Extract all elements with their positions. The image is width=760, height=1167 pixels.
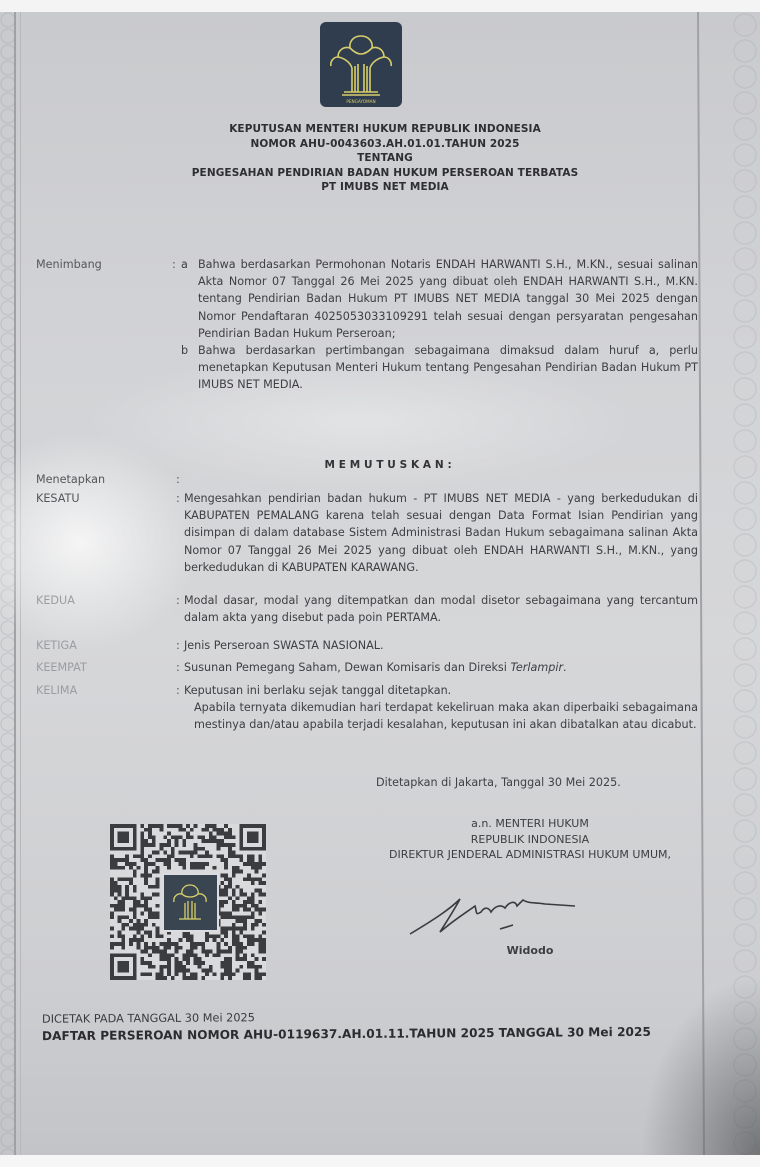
- colon: :: [176, 684, 180, 697]
- decision-label-ketiga: KETIGA: [36, 639, 77, 652]
- decision-label-kesatu: KESATU: [36, 492, 80, 505]
- decision-kelima: Apabila ternyata dikemudian hari terdapa…: [194, 699, 698, 733]
- decision-label-keempat: KEEMPAT: [36, 661, 87, 674]
- memutuskan-heading: MEMUTUSKAN:: [160, 459, 620, 471]
- colon: :: [176, 661, 180, 674]
- colon: :: [176, 594, 180, 607]
- printed-date: DICETAK PADA TANGGAL 30 Mei 2025: [42, 1011, 255, 1025]
- decision-label-kedua: KEDUA: [36, 594, 75, 607]
- header-title: KEPUTUSAN MENTERI HUKUM REPUBLIK INDONES…: [100, 122, 670, 137]
- colon: :: [176, 639, 180, 652]
- ditetapkan-place-date: Ditetapkan di Jakarta, Tanggal 30 Mei 20…: [376, 774, 621, 791]
- item-marker-a: a: [181, 258, 188, 271]
- colon: :: [176, 492, 180, 505]
- decision-label-kelima: KELIMA: [36, 684, 77, 697]
- item-marker-b: b: [181, 344, 188, 357]
- decision-keempat-italic: Terlampir: [510, 661, 563, 674]
- qr-emblem-icon: [162, 873, 219, 932]
- decree-subject: PENGESAHAN PENDIRIAN BADAN HUKUM PERSERO…: [100, 166, 670, 181]
- decision-keempat-end: .: [563, 661, 567, 674]
- menimbang-item-b: Bahwa berdasarkan pertimbangan sebagaima…: [198, 342, 698, 394]
- register-number: DAFTAR PERSEROAN NOMOR AHU-0119637.AH.01…: [42, 1025, 651, 1043]
- document-photo: PENGAYOMAN KEPUTUSAN MENTERI HUKUM REPUB…: [0, 12, 760, 1155]
- decision-ketiga: Jenis Perseroan SWASTA NASIONAL.: [184, 637, 698, 654]
- menetapkan-label: Menetapkan: [36, 473, 105, 486]
- decision-kesatu-text: Mengesahkan pendirian badan hukum - PT I…: [184, 490, 698, 576]
- signatory-block: a.n. MENTERI HUKUM REPUBLIK INDONESIA DI…: [340, 816, 720, 863]
- signatory-name: Widodo: [340, 943, 720, 959]
- decree-number: NOMOR AHU-0043603.AH.01.01.TAHUN 2025: [100, 137, 670, 152]
- background-strip: [0, 1155, 760, 1167]
- handwritten-signature-icon: [405, 884, 585, 944]
- signatory-line1: a.n. MENTERI HUKUM: [340, 816, 720, 832]
- decision-keempat: Susunan Pemegang Saham, Dewan Komisaris …: [184, 659, 698, 676]
- menimbang-label: Menimbang: [36, 258, 102, 271]
- signatory-line2: REPUBLIK INDONESIA: [340, 832, 720, 848]
- svg-text:PENGAYOMAN: PENGAYOMAN: [346, 99, 375, 104]
- qr-code-icon: [110, 824, 266, 980]
- kemenkumham-emblem-icon: PENGAYOMAN: [320, 22, 402, 107]
- decision-kesatu: Mengesahkan pendirian badan hukum - PT I…: [184, 490, 698, 576]
- colon: :: [172, 258, 176, 271]
- menimbang-item-a: Bahwa berdasarkan Permohonan Notaris END…: [198, 256, 698, 342]
- decision-kedua: Modal dasar, modal yang ditempatkan dan …: [184, 592, 698, 626]
- colon: :: [176, 473, 180, 486]
- corner-shadow: [640, 975, 760, 1155]
- company-name: PT IMUBS NET MEDIA: [100, 180, 670, 195]
- signatory-title: DIREKTUR JENDERAL ADMINISTRASI HUKUM UMU…: [340, 847, 720, 863]
- decision-kelima-line1: Keputusan ini berlaku sejak tanggal dite…: [184, 682, 698, 699]
- decision-keempat-text: Susunan Pemegang Saham, Dewan Komisaris …: [184, 661, 510, 674]
- decree-header: KEPUTUSAN MENTERI HUKUM REPUBLIK INDONES…: [100, 122, 670, 195]
- header-about: TENTANG: [100, 151, 670, 166]
